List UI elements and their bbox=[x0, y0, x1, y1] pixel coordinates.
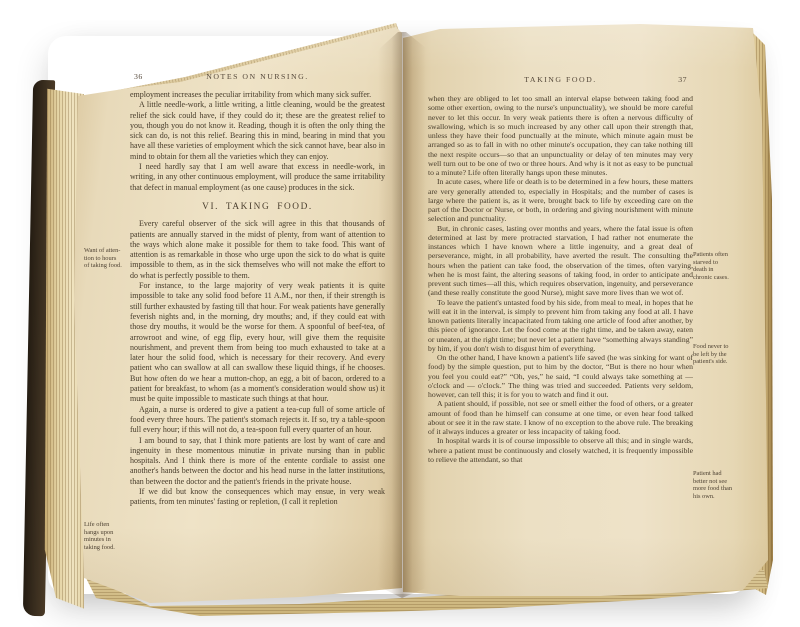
left-header-title: NOTES ON NURSING. bbox=[206, 72, 308, 81]
paragraph: A little needle-work, a little writing, … bbox=[130, 100, 385, 162]
paragraph: On the other hand, I have known a patien… bbox=[428, 353, 693, 399]
left-page-number: 36 bbox=[134, 72, 143, 81]
paragraph: A patient should, if possible, not see o… bbox=[428, 399, 693, 436]
section-heading: VI. TAKING FOOD. bbox=[130, 202, 385, 212]
paragraph: Every careful observer of the sick will … bbox=[130, 219, 385, 281]
paragraph: In hospital wards it is of course imposs… bbox=[428, 436, 693, 464]
paragraph: If we did but know the consequences whic… bbox=[130, 487, 385, 508]
paragraph: employment increases the peculiar irrita… bbox=[130, 90, 385, 100]
margin-note: Patients often starved to death in chron… bbox=[693, 251, 743, 281]
margin-note: Patient had better not see more food tha… bbox=[693, 470, 745, 500]
paragraph: But, in chronic cases, lasting over mont… bbox=[428, 224, 693, 298]
book-photo: 36 NOTES ON NURSING. employment increase… bbox=[0, 0, 800, 627]
right-header-title: TAKING FOOD. bbox=[524, 75, 596, 84]
margin-note: Food never to be left by the patient's s… bbox=[693, 343, 743, 366]
paragraph: For instance, to the large majority of v… bbox=[130, 281, 385, 405]
paragraph: when they are obliged to let too small a… bbox=[428, 94, 693, 177]
left-page-body: employment increases the peculiar irrita… bbox=[130, 90, 385, 508]
right-page-number: 37 bbox=[678, 75, 687, 84]
paragraph: In acute cases, where life or death is t… bbox=[428, 177, 693, 223]
paragraph: Again, a nurse is ordered to give a pati… bbox=[130, 405, 385, 436]
paragraph: I am bound to say, that I think more pat… bbox=[130, 436, 385, 487]
right-running-header: TAKING FOOD. 37 bbox=[428, 75, 693, 84]
left-running-header: 36 NOTES ON NURSING. bbox=[130, 72, 385, 81]
right-page-body: when they are obliged to let too small a… bbox=[428, 94, 693, 464]
margin-note: Want of atten- tion to hours of taking f… bbox=[84, 247, 130, 270]
paragraph: To leave the patient's untasted food by … bbox=[428, 298, 693, 354]
margin-note: Life often hangs upon minutes in taking … bbox=[84, 521, 130, 551]
paragraph: I need hardly say that I am well aware t… bbox=[130, 162, 385, 193]
